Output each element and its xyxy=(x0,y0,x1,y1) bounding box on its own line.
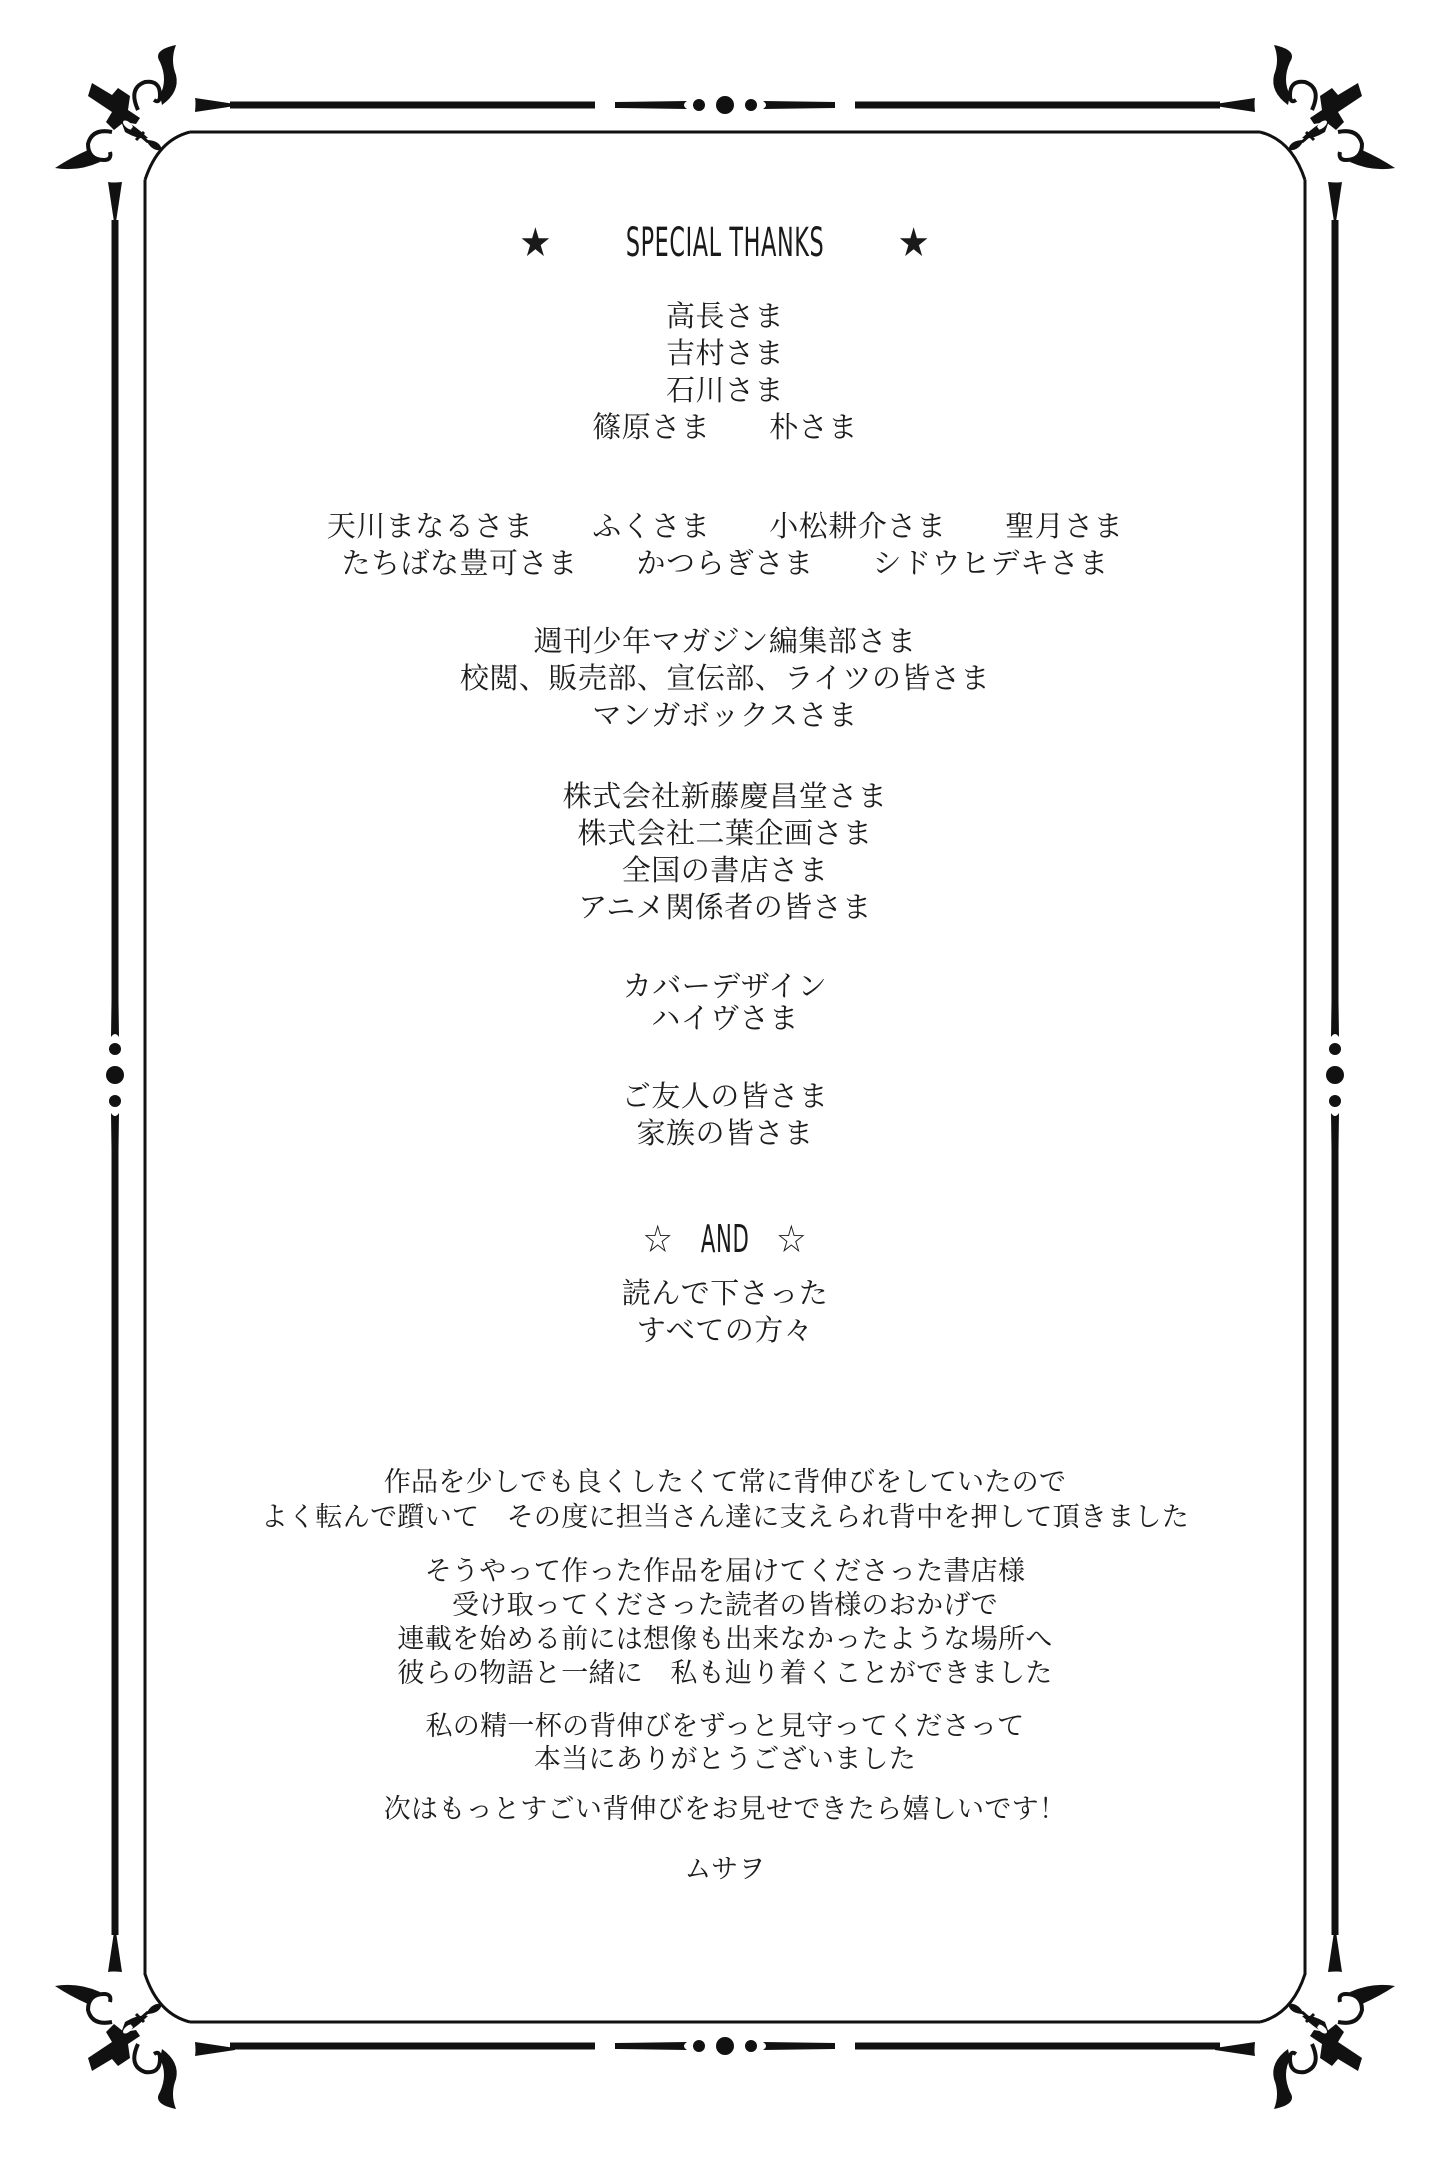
special-thanks-heading: ★ SPECIAL THANKS ★ xyxy=(160,218,1290,268)
afterword-paragraph: 作品を少しでも良くしたくて常に背伸びをしていたので よく転んで躓いて その度に担… xyxy=(160,1465,1290,1535)
thanks-line: カバーデザイン xyxy=(160,970,1290,1002)
afterword-line: 本当にありがとうございました xyxy=(160,1743,1290,1776)
afterword-line: 彼らの物語と一緒に 私も辿り着くことができました xyxy=(160,1657,1290,1691)
afterword-signature: ムサヲ xyxy=(160,1852,1290,1887)
right-dots xyxy=(1326,965,1344,1185)
thanks-line: 石川さま xyxy=(160,372,1290,409)
thanks-group-assistants: 天川まなるさま ふくさま 小松耕介さま 聖月さま たちばな豊可さま かつらぎさま… xyxy=(160,508,1290,582)
afterword-paragraph: 私の精一杯の背伸びをずっと見守ってくださって 本当にありがとうございました xyxy=(160,1710,1290,1776)
afterword-line: そうやって作った作品を届けてくださった書店様 xyxy=(160,1555,1290,1589)
afterword-line: 連載を始める前には想像も出来なかったような場所へ xyxy=(160,1623,1290,1657)
and-readers: 読んで下さった すべての方々 xyxy=(160,1275,1290,1349)
thanks-group-companies: 株式会社新藤慶昌堂さま 株式会社二葉企画さま 全国の書店さま アニメ関係者の皆さ… xyxy=(160,778,1290,926)
thanks-line: 読んで下さった xyxy=(160,1275,1290,1312)
thanks-line: アニメ関係者の皆さま xyxy=(160,889,1290,926)
thanks-line: 家族の皆さま xyxy=(160,1115,1290,1152)
filled-star-icon: ★ xyxy=(519,218,552,268)
afterword-line: 受け取ってくださった読者の皆様のおかげで xyxy=(160,1589,1290,1623)
thanks-group-editorial: 週刊少年マガジン編集部さま 校閲、販売部、宣伝部、ライツの皆さま マンガボックス… xyxy=(160,623,1290,734)
thanks-line: 週刊少年マガジン編集部さま xyxy=(160,623,1290,660)
thanks-group-cover-design: カバーデザイン ハイヴさま xyxy=(160,970,1290,1034)
outline-star-icon: ☆ xyxy=(642,1215,674,1263)
outline-star-icon: ☆ xyxy=(776,1215,808,1263)
thanks-line: 株式会社二葉企画さま xyxy=(160,815,1290,852)
thanks-line: 篠原さま 朴さま xyxy=(160,409,1290,446)
afterword-line: 次はもっとすごい背伸びをお見せできたら嬉しいです！ xyxy=(160,1792,1290,1827)
bottom-dots xyxy=(615,2037,835,2055)
and-title: AND xyxy=(701,1215,750,1263)
thanks-group-friends-family: ご友人の皆さま 家族の皆さま xyxy=(160,1078,1290,1152)
filled-star-icon: ★ xyxy=(898,218,931,268)
special-thanks-title: SPECIAL THANKS xyxy=(626,218,824,268)
thanks-line: 吉村さま xyxy=(160,335,1290,372)
thanks-line: 校閲、販売部、宣伝部、ライツの皆さま xyxy=(160,660,1290,697)
thanks-group-individuals: 高長さま 吉村さま 石川さま 篠原さま 朴さま xyxy=(160,298,1290,446)
afterword-paragraph: そうやって作った作品を届けてくださった書店様 受け取ってくださった読者の皆様のお… xyxy=(160,1555,1290,1691)
afterword-line: 私の精一杯の背伸びをずっと見守ってくださって xyxy=(160,1710,1290,1743)
top-dots xyxy=(615,96,835,114)
thanks-line: すべての方々 xyxy=(160,1312,1290,1349)
thanks-line: 高長さま xyxy=(160,298,1290,335)
thanks-line: マンガボックスさま xyxy=(160,697,1290,734)
thanks-line: ご友人の皆さま xyxy=(160,1078,1290,1115)
thanks-line: 天川まなるさま ふくさま 小松耕介さま 聖月さま xyxy=(160,508,1290,545)
thanks-line: 全国の書店さま xyxy=(160,852,1290,889)
and-heading: ☆ AND ☆ xyxy=(160,1215,1290,1263)
thanks-line: 株式会社新藤慶昌堂さま xyxy=(160,778,1290,815)
thanks-line: ハイヴさま xyxy=(160,1002,1290,1034)
thanks-line: たちばな豊可さま かつらぎさま シドウヒデキさま xyxy=(160,545,1290,582)
afterword-paragraph: 次はもっとすごい背伸びをお見せできたら嬉しいです！ xyxy=(160,1792,1290,1827)
author-signature: ムサヲ xyxy=(160,1852,1290,1887)
afterword-line: 作品を少しでも良くしたくて常に背伸びをしていたので xyxy=(160,1465,1290,1500)
left-dots xyxy=(106,965,124,1185)
afterword-line: よく転んで躓いて その度に担当さん達に支えられ背中を押して頂きました xyxy=(160,1500,1290,1535)
